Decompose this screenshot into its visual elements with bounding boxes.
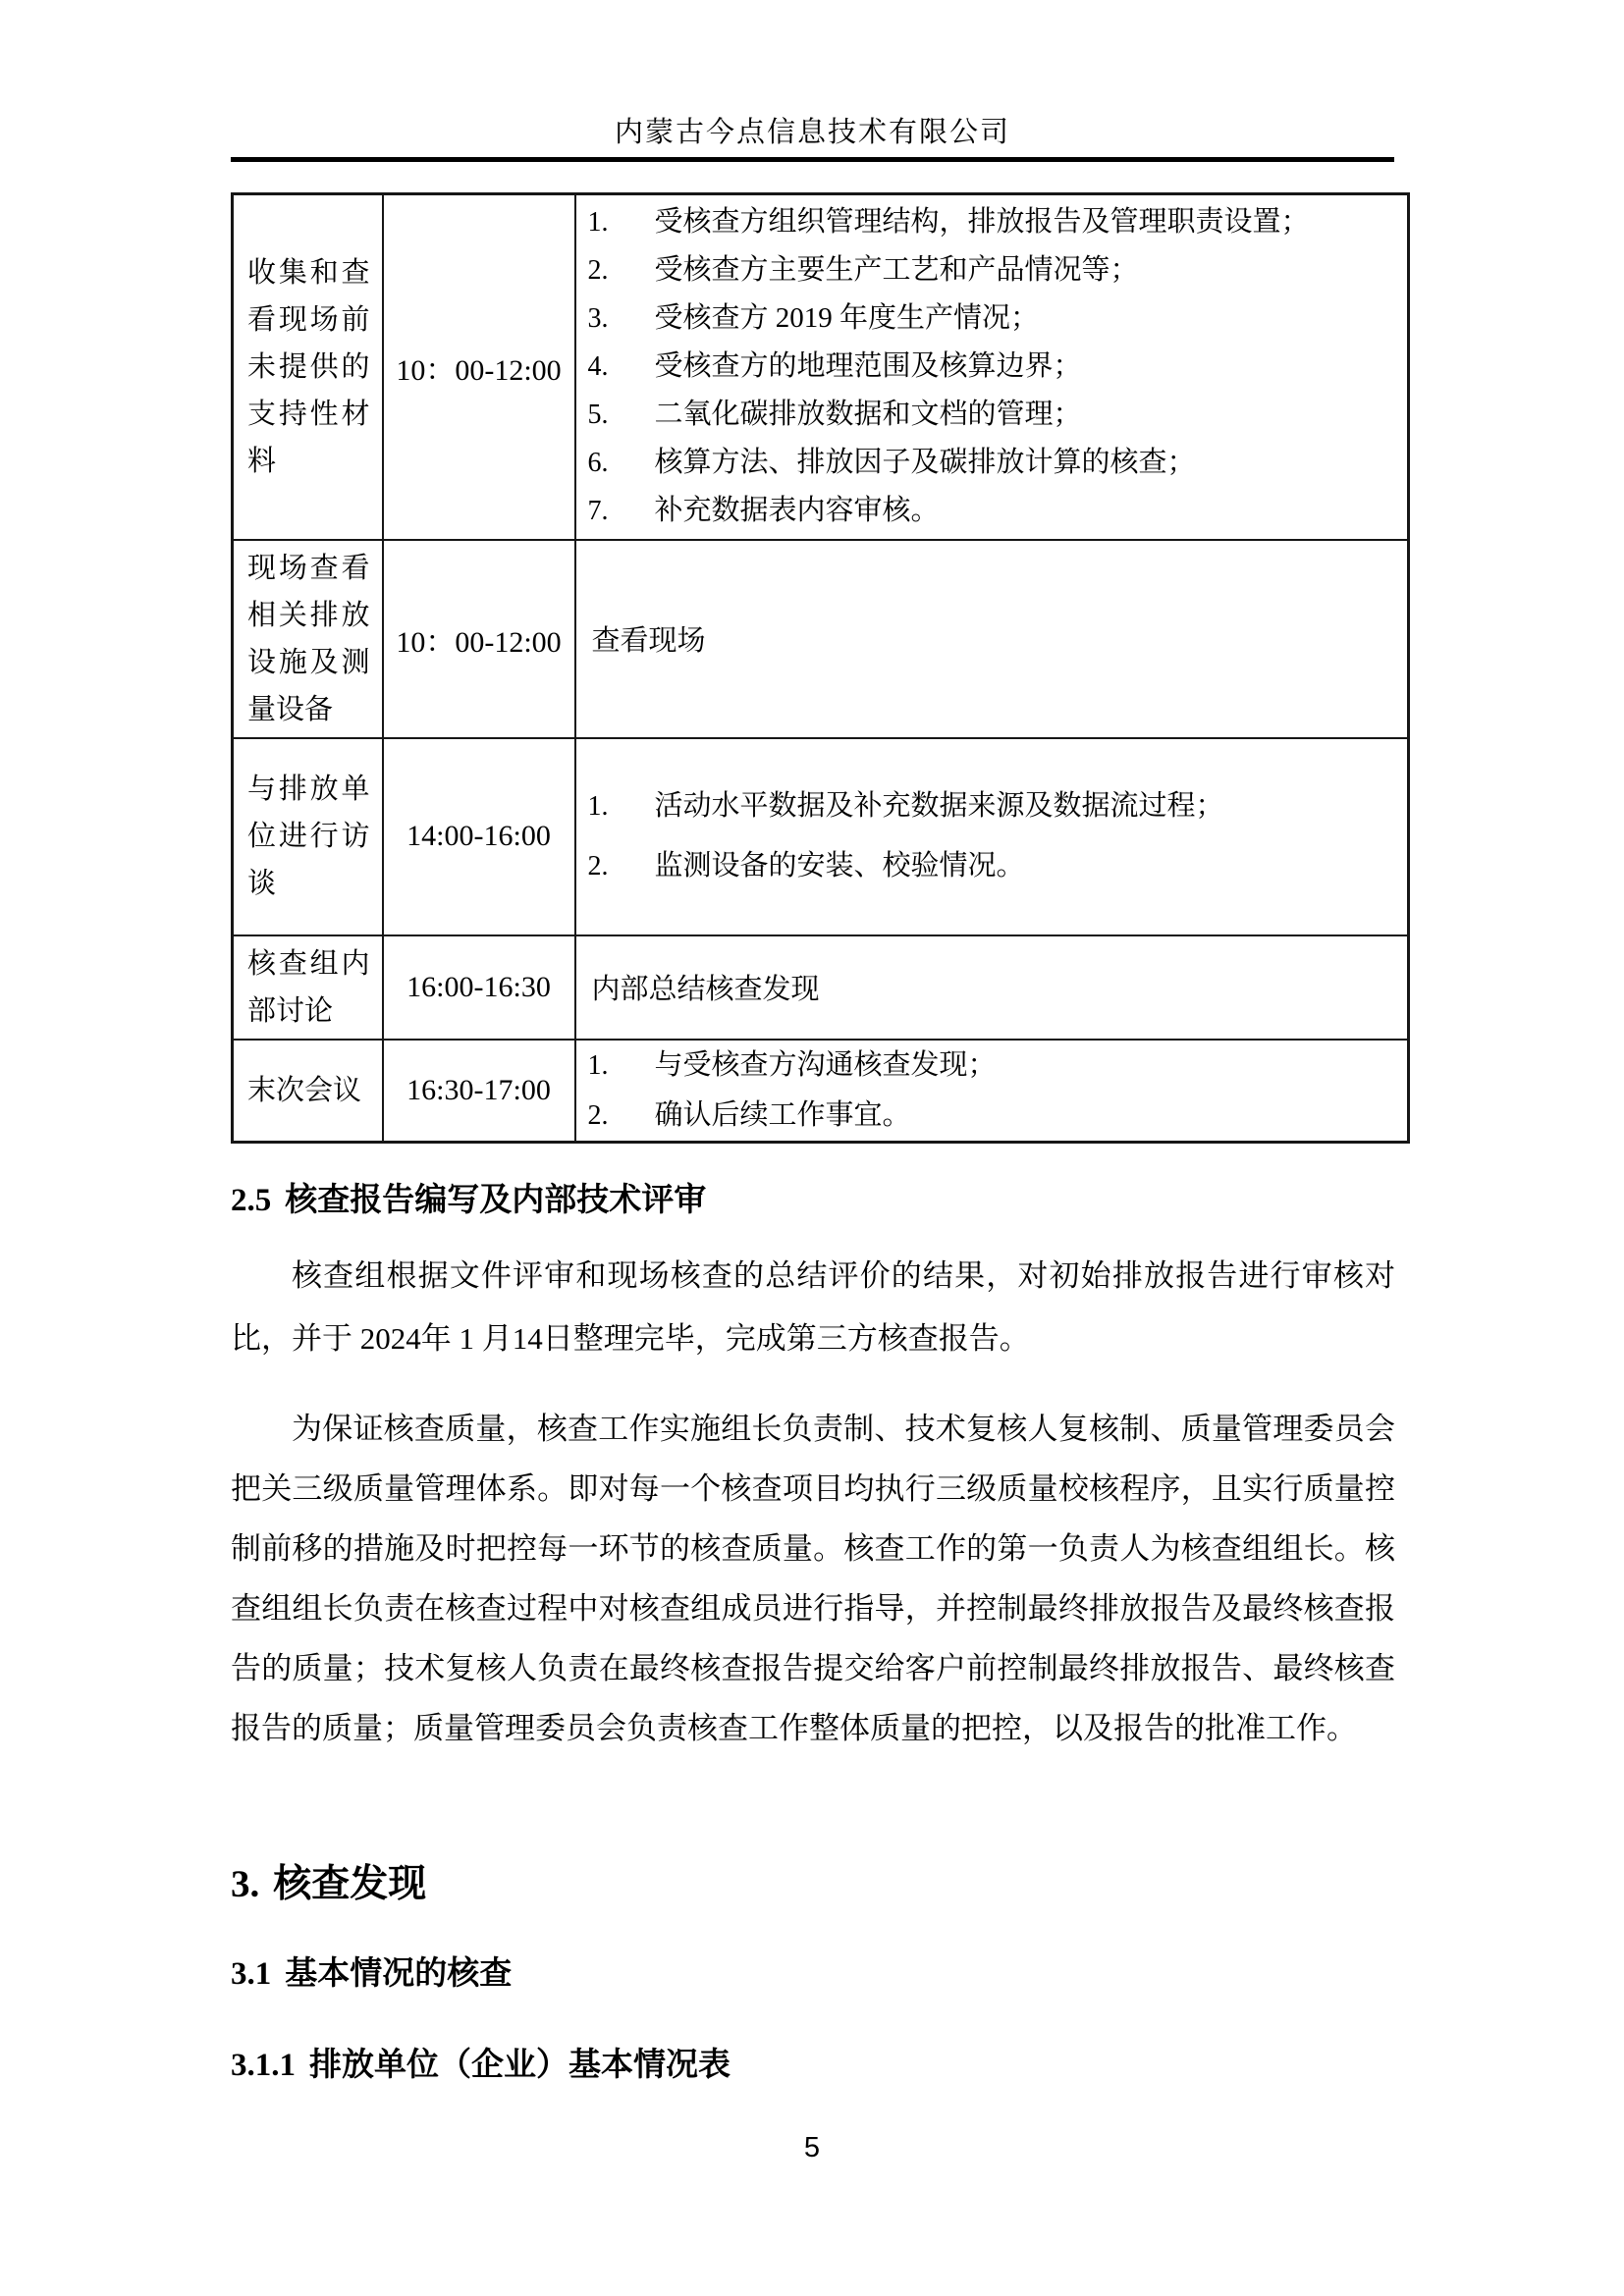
activity-cell: 末次会议 bbox=[234, 1063, 382, 1118]
item-text: 补充数据表内容审核。 bbox=[655, 487, 1394, 535]
table-row: 现场查看相关排放设施及测量设备 10：00-12:00 查看现场 bbox=[233, 540, 1409, 738]
document-page: 内蒙古今点信息技术有限公司 收集和查看现场前未提供的支持性材料 10：00-12… bbox=[0, 0, 1624, 2296]
activity-cell: 核查组内部讨论 bbox=[234, 936, 382, 1039]
list-item: 7. 补充数据表内容审核。 bbox=[584, 487, 1394, 535]
heading-title: 核查发现 bbox=[273, 1863, 426, 1905]
page-number: 5 bbox=[0, 2132, 1624, 2164]
details-list: 1. 与受核查方沟通核查发现； 2. 确认后续工作事宜。 bbox=[576, 1041, 1408, 1141]
details-cell: 查看现场 bbox=[575, 540, 1409, 738]
details-cell: 1. 与受核查方沟通核查发现； 2. 确认后续工作事宜。 bbox=[575, 1040, 1409, 1143]
details-list: 1. 受核查方组织管理结构，排放报告及管理职责设置； 2. 受核查方主要生产工艺… bbox=[576, 198, 1408, 535]
heading-number: 3.1 bbox=[231, 1956, 271, 1992]
list-item: 3. 受核查方 2019 年度生产情况； bbox=[584, 294, 1394, 343]
item-number: 6. bbox=[584, 439, 655, 487]
time-cell: 14:00-16:00 bbox=[384, 820, 574, 853]
details-list: 1. 活动水平数据及补充数据来源及数据流过程； 2. 监测设备的安装、校验情况。 bbox=[576, 776, 1408, 896]
item-number: 1. bbox=[584, 777, 655, 836]
details-cell: 内部总结核查发现 bbox=[575, 935, 1409, 1040]
heading-title: 核查报告编写及内部技术评审 bbox=[285, 1181, 706, 1217]
list-item: 1. 与受核查方沟通核查发现； bbox=[584, 1041, 1394, 1091]
time-cell: 10：00-12:00 bbox=[384, 617, 574, 661]
schedule-table: 收集和查看现场前未提供的支持性材料 10：00-12:00 1. 受核查方组织管… bbox=[231, 192, 1410, 1144]
list-item: 2. 确认后续工作事宜。 bbox=[584, 1091, 1394, 1141]
item-text: 受核查方组织管理结构，排放报告及管理职责设置； bbox=[655, 198, 1394, 246]
item-number: 4. bbox=[584, 343, 655, 391]
item-text: 受核查方 2019 年度生产情况； bbox=[655, 294, 1394, 343]
item-number: 1. bbox=[584, 198, 655, 246]
heading-number: 3.1.1 bbox=[231, 2048, 296, 2083]
heading-title: 基本情况的核查 bbox=[285, 1954, 512, 1991]
table-row: 收集和查看现场前未提供的支持性材料 10：00-12:00 1. 受核查方组织管… bbox=[233, 194, 1409, 540]
time-cell: 16:30-17:00 bbox=[384, 1074, 574, 1107]
heading-number: 2.5 bbox=[231, 1183, 271, 1218]
list-item: 1. 活动水平数据及补充数据来源及数据流过程； bbox=[584, 776, 1394, 836]
heading-number: 3. bbox=[231, 1863, 259, 1905]
section-heading-2-5: 2.5核查报告编写及内部技术评审 bbox=[231, 1174, 706, 1220]
item-text: 监测设备的安装、校验情况。 bbox=[655, 836, 1394, 895]
item-text: 核算方法、排放因子及碳排放计算的核查； bbox=[655, 439, 1394, 487]
section-heading-3-1: 3.1基本情况的核查 bbox=[231, 1948, 512, 1994]
details-cell: 1. 受核查方组织管理结构，排放报告及管理职责设置； 2. 受核查方主要生产工艺… bbox=[575, 194, 1409, 540]
header-company-name: 内蒙古今点信息技术有限公司 bbox=[231, 110, 1394, 150]
item-number: 1. bbox=[584, 1041, 655, 1091]
header-rule bbox=[231, 157, 1394, 162]
details-text: 查看现场 bbox=[576, 618, 1408, 659]
item-text: 受核查方的地理范围及核算边界； bbox=[655, 343, 1394, 391]
section-heading-3-1-1: 3.1.1排放单位（企业）基本情况表 bbox=[231, 2039, 731, 2085]
table-row: 核查组内部讨论 16:00-16:30 内部总结核查发现 bbox=[233, 935, 1409, 1040]
item-number: 3. bbox=[584, 294, 655, 343]
activity-cell: 与排放单位进行访谈 bbox=[234, 762, 382, 911]
item-number: 2. bbox=[584, 1092, 655, 1141]
activity-cell: 收集和查看现场前未提供的支持性材料 bbox=[234, 245, 382, 489]
item-text: 与受核查方沟通核查发现； bbox=[655, 1041, 1394, 1090]
item-number: 5. bbox=[584, 391, 655, 439]
item-text: 受核查方主要生产工艺和产品情况等； bbox=[655, 246, 1394, 294]
item-text: 确认后续工作事宜。 bbox=[655, 1091, 1394, 1140]
table-row: 与排放单位进行访谈 14:00-16:00 1. 活动水平数据及补充数据来源及数… bbox=[233, 738, 1409, 935]
paragraph-report-compilation: 核查组根据文件评审和现场核查的总结评价的结果，对初始排放报告进行审核对比，并于 … bbox=[231, 1245, 1395, 1370]
list-item: 2. 受核查方主要生产工艺和产品情况等； bbox=[584, 246, 1394, 294]
item-number: 7. bbox=[584, 487, 655, 535]
activity-cell: 现场查看相关排放设施及测量设备 bbox=[234, 541, 382, 737]
section-heading-3: 3.核查发现 bbox=[231, 1853, 426, 1908]
list-item: 6. 核算方法、排放因子及碳排放计算的核查； bbox=[584, 439, 1394, 487]
item-text: 活动水平数据及补充数据来源及数据流过程； bbox=[655, 776, 1394, 835]
heading-title: 排放单位（企业）基本情况表 bbox=[309, 2046, 731, 2082]
details-text: 内部总结核查发现 bbox=[576, 967, 1408, 1007]
time-cell: 10：00-12:00 bbox=[384, 346, 574, 389]
item-number: 2. bbox=[584, 837, 655, 896]
list-item: 1. 受核查方组织管理结构，排放报告及管理职责设置； bbox=[584, 198, 1394, 246]
list-item: 4. 受核查方的地理范围及核算边界； bbox=[584, 343, 1394, 391]
details-cell: 1. 活动水平数据及补充数据来源及数据流过程； 2. 监测设备的安装、校验情况。 bbox=[575, 738, 1409, 935]
item-number: 2. bbox=[584, 246, 655, 294]
paragraph-quality-control: 为保证核查质量，核查工作实施组长负责制、技术复核人复核制、质量管理委员会把关三级… bbox=[231, 1399, 1395, 1758]
time-cell: 16:00-16:30 bbox=[384, 971, 574, 1004]
table-row: 末次会议 16:30-17:00 1. 与受核查方沟通核查发现； 2. 确认后续… bbox=[233, 1040, 1409, 1143]
item-text: 二氧化碳排放数据和文档的管理； bbox=[655, 391, 1394, 439]
list-item: 2. 监测设备的安装、校验情况。 bbox=[584, 836, 1394, 896]
list-item: 5. 二氧化碳排放数据和文档的管理； bbox=[584, 391, 1394, 439]
